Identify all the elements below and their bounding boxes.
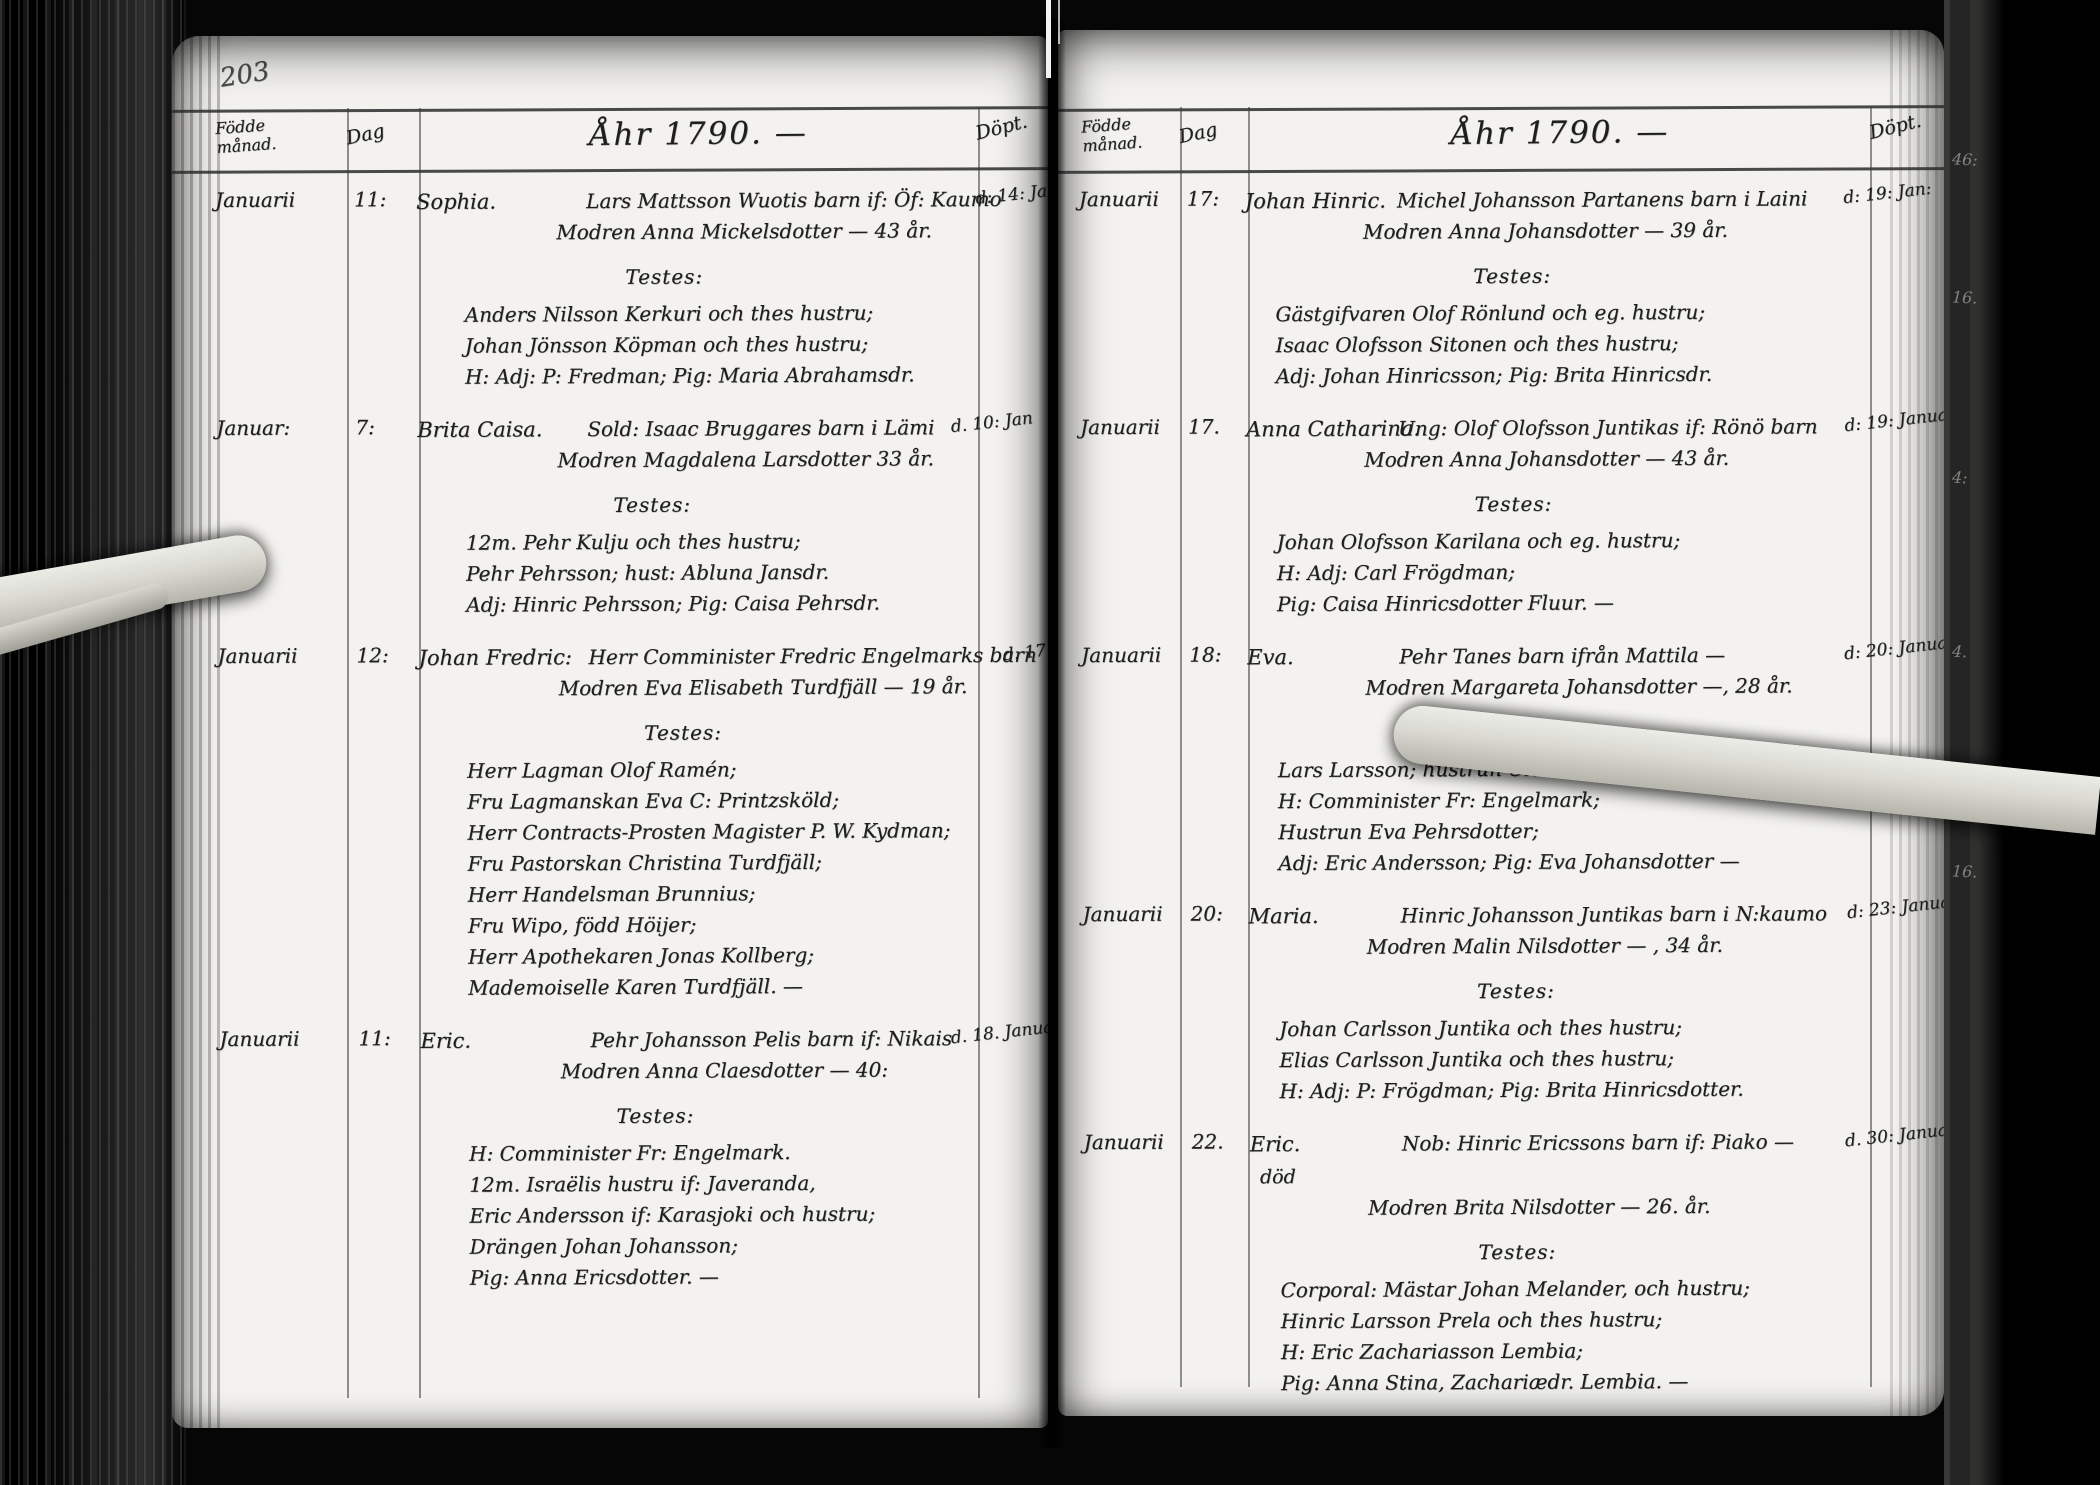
- entry-day: 7:: [345, 415, 418, 621]
- column-header-month: Födde månad.: [1058, 103, 1182, 173]
- testes-label: Testes:: [421, 1100, 890, 1133]
- edge-number: 46:: [1952, 149, 1979, 169]
- page-number: 203: [218, 56, 272, 93]
- father-line: Pehr Tanes barn ifrån Mattila —: [1399, 639, 1871, 672]
- witness-line: Johan Olofsson Karilana och eg. hustru;: [1277, 524, 1871, 558]
- entry-main: Johan Hinric.Michel Johansson Partanens …: [1245, 183, 1870, 392]
- entry-row: Januarii12:Johan Fredric:Herr Comministe…: [172, 640, 1048, 1006]
- mother-line: Modren Brita Nilsdotter — 26. år.: [1368, 1190, 1874, 1224]
- witness-line: Adj: Johan Hinricsson; Pig: Brita Hinric…: [1276, 358, 1870, 392]
- child-name: Maria.: [1249, 901, 1401, 933]
- entry-first-line: Brita Caisa.Sold: Isaac Bruggares barn i…: [417, 412, 976, 446]
- column-header-day: Dag: [342, 101, 425, 175]
- entry-row: Januarii17:Johan Hinric.Michel Johansson…: [1058, 183, 1942, 394]
- child-name: Eva.: [1247, 642, 1399, 674]
- edge-number: 16.: [1952, 861, 1978, 881]
- father-line: Herr Comminister Fredric Engelmarks barn: [588, 640, 1036, 673]
- entry-month: Januarii: [1058, 415, 1179, 622]
- entry-main: Johan Fredric:Herr Comminister Fredric E…: [418, 640, 1038, 1004]
- father-line: Sold: Isaac Bruggares barn i Lämi: [587, 412, 976, 445]
- witness-line: 12m. Pehr Kulju och thes hustru;: [466, 525, 977, 559]
- testes-label: Testes:: [418, 489, 887, 522]
- entry-day: 12:: [346, 643, 420, 1004]
- entry-main: Eric.dödNob: Hinric Ericssons barn if: P…: [1250, 1126, 1875, 1399]
- entry-day: 11:: [348, 1026, 421, 1294]
- testes-label: Testes:: [1245, 260, 1779, 294]
- entry-month: Januarii: [1059, 902, 1182, 1109]
- father-line: Lars Mattsson Wuotis barn if: Öf: Kaumo: [586, 184, 1002, 217]
- mother-line: Modren Anna Johansdotter — 39 år.: [1363, 214, 1869, 248]
- column-header-day: Dag: [1174, 101, 1253, 176]
- entry-day: 20:: [1181, 901, 1250, 1107]
- witness-line: H: Adj: P: Frögdman; Pig: Brita Hinricsd…: [1279, 1073, 1873, 1107]
- witness-line: Hustrun Eva Pehrsdotter;: [1278, 814, 1872, 848]
- entry-first-line: Johan Fredric:Herr Comminister Fredric E…: [418, 640, 1036, 674]
- entry-day: 18:: [1179, 642, 1248, 879]
- witness-line: Drängen Johan Johansson;: [470, 1229, 981, 1263]
- child-name-note: död: [1260, 1162, 1402, 1194]
- entry-main: Maria.Hinric Johansson Juntikas barn i N…: [1249, 898, 1874, 1107]
- page-left: 203 Födde månad. Dag Åhr 1790. — Döpt. J…: [172, 36, 1048, 1428]
- child-name: Johan Fredric:: [418, 642, 588, 674]
- entry-month: Januarii: [1058, 187, 1178, 394]
- witness-line: Adj: Hinric Pehrsson; Pig: Caisa Pehrsdr…: [466, 587, 977, 621]
- column-header-baptized: Döpt.: [1866, 99, 1944, 177]
- testes-label: Testes:: [1246, 488, 1780, 522]
- entry-month: Januarii: [172, 187, 345, 394]
- witness-line: Fru Lagmanskan Eva C: Printzsköld;: [467, 784, 1037, 818]
- witness-line: Herr Handelsman Brunnius;: [468, 877, 1038, 911]
- witness-line: Herr Lagman Olof Ramén;: [467, 753, 1037, 787]
- column-header-baptized: Döpt.: [972, 100, 1048, 175]
- witness-line: Elias Carlsson Juntika och thes hustru;: [1279, 1042, 1873, 1076]
- witness-line: Hinric Larsson Prela och thes hustru;: [1281, 1303, 1875, 1337]
- mother-line: Modren Anna Claesdotter — 40:: [561, 1054, 980, 1087]
- entry-day: 22.: [1182, 1129, 1251, 1399]
- scanned-parish-register: 203 Födde månad. Dag Åhr 1790. — Döpt. J…: [0, 0, 2100, 1485]
- witness-line: Corporal: Mästar Johan Melander, och hus…: [1280, 1272, 1874, 1306]
- mother-line: Modren Eva Elisabeth Turdfjäll — 19 år.: [559, 671, 1037, 705]
- mother-line: Modren Malin Nilsdotter — , 34 år.: [1367, 929, 1873, 963]
- page-header: Födde månad. Dag Åhr 1790. — Döpt.: [1058, 107, 1944, 169]
- father-line: Pehr Johansson Pelis barn if: Nikais: [590, 1023, 979, 1056]
- testes-label: Testes:: [1250, 1236, 1784, 1270]
- book-left-edge: [0, 0, 186, 1485]
- witness-line: Herr Apothekaren Jonas Kollberg;: [468, 939, 1038, 973]
- child-name: Sophia.: [416, 186, 586, 218]
- witness-line: Pig: Anna Ericsdotter. —: [470, 1260, 981, 1294]
- edge-number: 4:: [1952, 468, 1969, 488]
- entry-row: Januarii22.Eric.dödNob: Hinric Ericssons…: [1060, 1126, 1944, 1401]
- mother-line: Modren Margareta Johansdotter —, 28 år.: [1365, 670, 1871, 704]
- witness-line: Pehr Pehrsson; hust: Abluna Jansdr.: [466, 556, 977, 590]
- entry-day: 17.: [1178, 414, 1247, 620]
- column-header-month: Födde månad.: [172, 102, 349, 174]
- witness-line: Gästgifvaren Olof Rönlund och eg. hustru…: [1275, 296, 1869, 330]
- entry-first-line: Eric.dödNob: Hinric Ericssons barn if: P…: [1250, 1126, 1874, 1193]
- witness-line: Mademoiselle Karen Turdfjäll. —: [468, 970, 1038, 1004]
- testes-label: Testes:: [1249, 975, 1783, 1009]
- entry-day: 17:: [1177, 186, 1246, 392]
- entry-row: Januarii11:Sophia.Lars Mattsson Wuotis b…: [172, 184, 1046, 395]
- father-line: Nob: Hinric Ericssons barn if: Piako —: [1402, 1126, 1874, 1192]
- scanner-light-slit: [1046, 0, 1051, 78]
- mother-line: Modren Anna Johansdotter — 43 år.: [1364, 442, 1870, 476]
- entry-row: Januarii11:Eric.Pehr Johansson Pelis bar…: [173, 1023, 1048, 1296]
- entry-row: Januarii17.Anna Catharina.Ung: Olof Olof…: [1058, 411, 1943, 622]
- edge-number: 16.: [1952, 287, 1978, 307]
- witness-line: H: Comminister Fr: Engelmark.: [469, 1136, 980, 1170]
- witness-line: Anders Nilsson Kerkuri och thes hustru;: [465, 297, 1003, 331]
- edge-number: 4.: [1952, 642, 1968, 662]
- father-line: Michel Johansson Partanens barn i Laini: [1397, 183, 1869, 216]
- entry-month: Januarii: [1058, 643, 1180, 881]
- entry-first-line: Eva.Pehr Tanes barn ifrån Mattila —: [1247, 639, 1871, 673]
- entry-first-line: Johan Hinric.Michel Johansson Partanens …: [1245, 183, 1869, 217]
- entry-month: Januarii: [1060, 1130, 1183, 1401]
- father-line: Hinric Johansson Juntikas barn i N:kaumo: [1401, 898, 1873, 931]
- witness-line: Johan Carlsson Juntika och thes hustru;: [1279, 1011, 1873, 1045]
- child-name: Eric.död: [1250, 1129, 1402, 1194]
- entry-main: Brita Caisa.Sold: Isaac Bruggares barn i…: [417, 412, 977, 621]
- scanner-light-slit: [1058, 0, 1060, 44]
- child-name: Anna Catharina.: [1246, 414, 1398, 446]
- witness-line: H: Adj: P: Fredman; Pig: Maria Abrahamsd…: [465, 359, 1003, 393]
- witness-line: H: Eric Zachariasson Lembia;: [1281, 1334, 1875, 1368]
- witness-line: Eric Andersson if: Karasjoki och hustru;: [469, 1198, 980, 1232]
- witness-line: Pig: Caisa Hinricsdotter Fluur. —: [1277, 586, 1871, 620]
- entry-main: Sophia.Lars Mattsson Wuotis barn if: Öf:…: [416, 184, 1003, 393]
- entry-first-line: Maria.Hinric Johansson Juntikas barn i N…: [1249, 898, 1873, 932]
- mother-line: Modren Anna Mickelsdotter — 43 år.: [556, 215, 1002, 248]
- witness-line: Fru Wipo, född Höijer;: [468, 908, 1038, 942]
- witness-line: Johan Jönsson Köpman och thes hustru;: [465, 328, 1003, 362]
- witness-line: Isaac Olofsson Sitonen och thes hustru;: [1276, 327, 1870, 361]
- witness-line: Adj: Eric Andersson; Pig: Eva Johansdott…: [1278, 845, 1872, 879]
- entry-month: Januarii: [172, 643, 348, 1005]
- witness-line: H: Adj: Carl Frögdman;: [1277, 555, 1871, 589]
- book-gutter-shadow: [1038, 18, 1066, 1448]
- witness-line: Fru Pastorskan Christina Turdfjäll;: [468, 846, 1038, 880]
- child-name: Johan Hinric.: [1245, 186, 1397, 218]
- entry-first-line: Sophia.Lars Mattsson Wuotis barn if: Öf:…: [416, 184, 1002, 218]
- mother-line: Modren Magdalena Larsdotter 33 år.: [557, 443, 976, 476]
- witness-line: Pig: Anna Stina, Zachariædr. Lembia. —: [1281, 1365, 1875, 1399]
- entry-row: Januarii20:Maria.Hinric Johansson Juntik…: [1059, 898, 1944, 1109]
- year-title: Åhr 1790. —: [1248, 104, 1873, 173]
- entry-row: Januar:7:Brita Caisa.Sold: Isaac Bruggar…: [172, 412, 1047, 623]
- page-header: Födde månad. Dag Åhr 1790. — Döpt.: [172, 108, 1048, 168]
- entry-month: Januarii: [173, 1026, 349, 1295]
- entries-left: Januarii11:Sophia.Lars Mattsson Wuotis b…: [172, 184, 1048, 1318]
- entry-first-line: Eric.Pehr Johansson Pelis barn if: Nikai…: [420, 1023, 979, 1057]
- father-line: Ung: Olof Olofsson Juntikas if: Rönö bar…: [1398, 411, 1870, 444]
- entry-main: Anna Catharina.Ung: Olof Olofsson Juntik…: [1246, 411, 1871, 620]
- testes-label: Testes:: [419, 716, 947, 750]
- child-name: Eric.: [420, 1025, 590, 1057]
- entry-main: Eric.Pehr Johansson Pelis barn if: Nikai…: [420, 1023, 980, 1294]
- testes-label: Testes:: [416, 260, 912, 294]
- witness-line: Herr Contracts-Prosten Magister P. W. Ky…: [467, 815, 1037, 849]
- entry-day: 11:: [344, 187, 417, 393]
- year-title: Åhr 1790. —: [419, 105, 979, 171]
- book-right-edge: 46: 16. 4: 4. 16.: [1944, 0, 2100, 1485]
- child-name: Brita Caisa.: [417, 414, 587, 446]
- entry-first-line: Anna Catharina.Ung: Olof Olofsson Juntik…: [1246, 411, 1870, 445]
- witness-line: 12m. Israëlis hustru if: Javeranda,: [469, 1167, 980, 1201]
